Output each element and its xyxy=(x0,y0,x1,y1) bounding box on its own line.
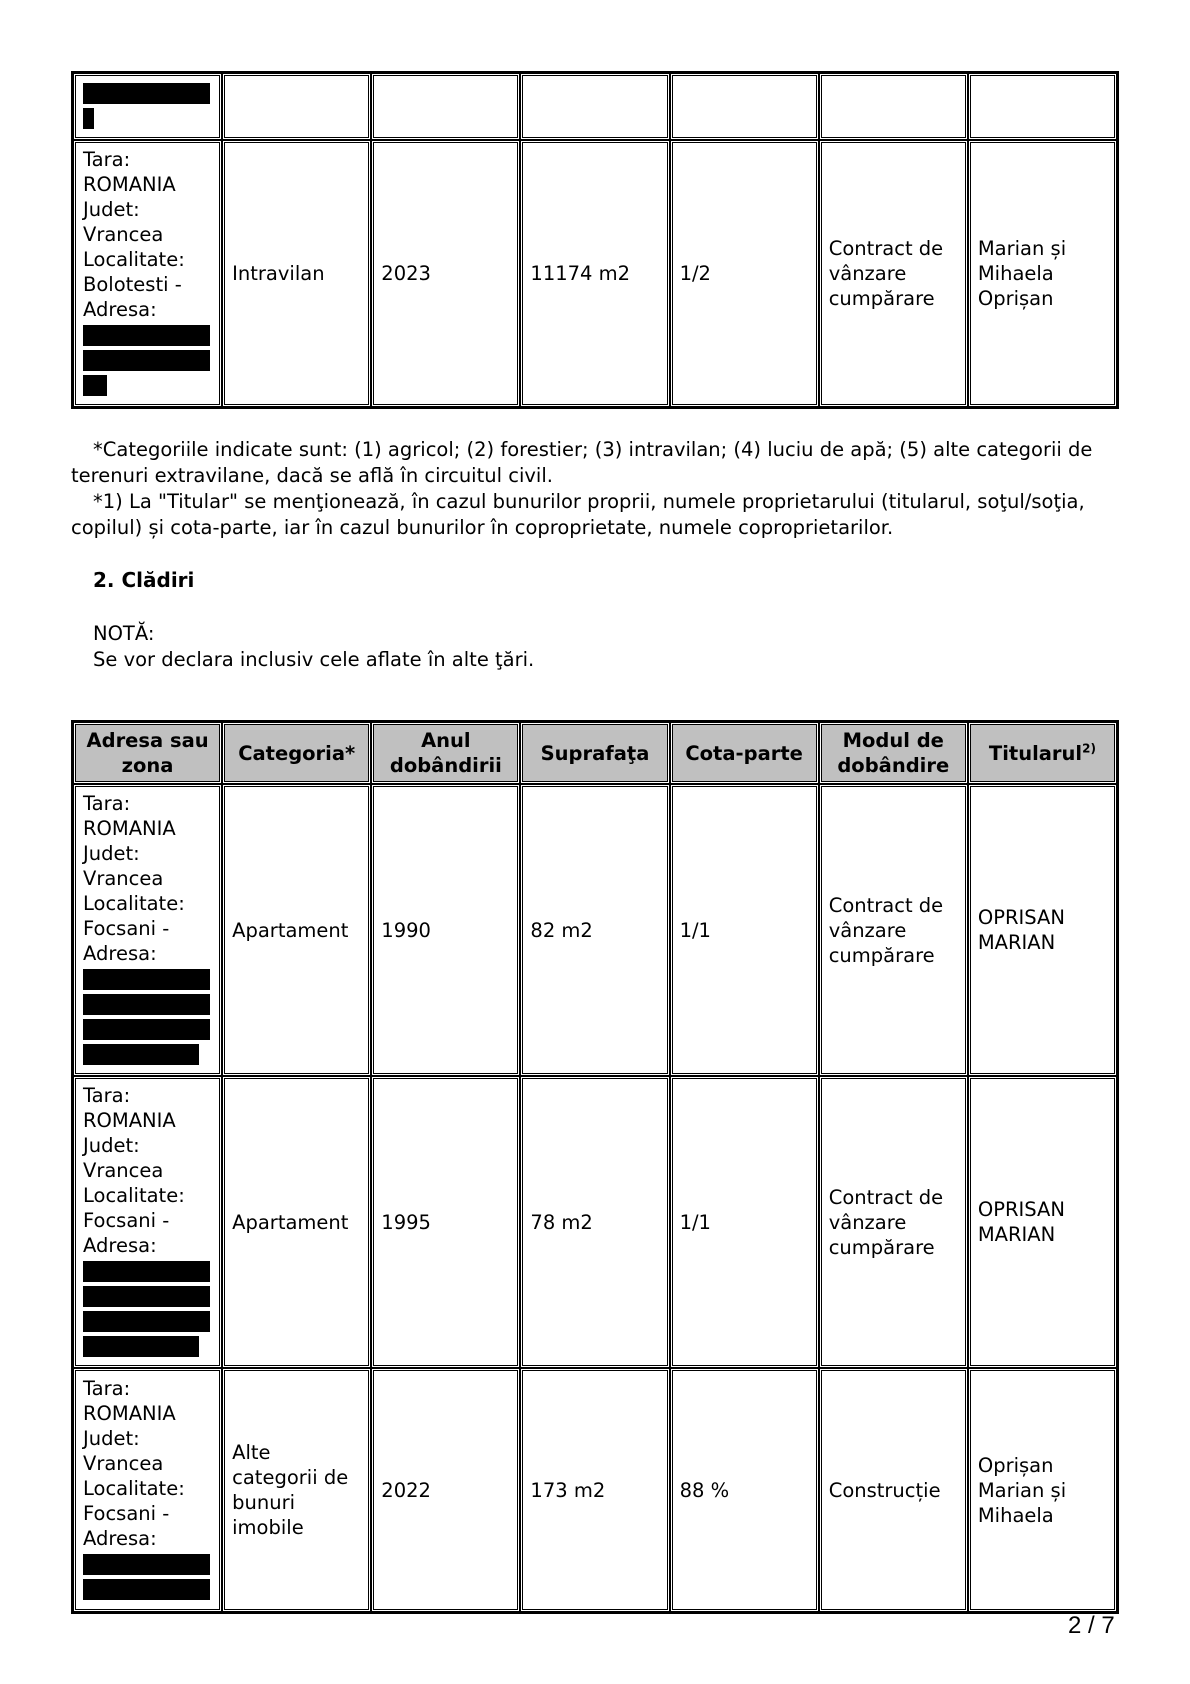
year-cell: 2023 xyxy=(371,140,520,407)
column-header-category: Categoria* xyxy=(222,722,371,784)
share-cell: 1/1 xyxy=(670,784,819,1076)
acquisition-mode-cell: Contract de vânzare cumpărare xyxy=(819,140,968,407)
year-cell: 1990 xyxy=(371,784,520,1076)
address-line: Adresa: xyxy=(83,1526,212,1551)
address-line: Judet: xyxy=(83,841,212,866)
share-cell: 1/2 xyxy=(670,140,819,407)
area-cell: 173 m2 xyxy=(520,1368,669,1612)
address-cell xyxy=(73,73,222,140)
address-line: Judet: xyxy=(83,1426,212,1451)
address-cell: Tara:ROMANIAJudet:VranceaLocalitate:Bolo… xyxy=(73,140,222,407)
category-cell: Apartament xyxy=(222,1076,371,1368)
address-line: Focsani - xyxy=(83,1208,212,1233)
redaction-bar xyxy=(83,375,107,396)
category-cell: Intravilan xyxy=(222,140,371,407)
address-line: Tara: xyxy=(83,1376,212,1401)
redaction-bar xyxy=(83,969,210,990)
redaction-bar xyxy=(83,1044,199,1065)
address-cell: Tara:ROMANIAJudet:VranceaLocalitate:Focs… xyxy=(73,1076,222,1368)
owner-cell: Oprișan Marian și Mihaela xyxy=(968,1368,1117,1612)
owner-header-label: Titularul xyxy=(989,742,1082,765)
address-line: Vrancea xyxy=(83,222,212,247)
table-row: Tara:ROMANIAJudet:VranceaLocalitate:Focs… xyxy=(73,1368,1117,1612)
column-header-address: Adresa sau zona xyxy=(73,722,222,784)
acquisition-mode-cell: Contract de vânzare cumpărare xyxy=(819,1076,968,1368)
category-cell: Apartament xyxy=(222,784,371,1076)
year-cell: 2022 xyxy=(371,1368,520,1612)
section-title: 2. Clădiri xyxy=(93,568,194,592)
page-number: 2 / 7 xyxy=(1068,1612,1115,1640)
address-line: Adresa: xyxy=(83,297,212,322)
titular-footnote: *1) La "Titular" se menţionează, în cazu… xyxy=(71,489,1121,541)
redaction-bar xyxy=(83,994,210,1015)
address-line: Localitate: xyxy=(83,1183,212,1208)
acquisition-mode-cell: Construcție xyxy=(819,1368,968,1612)
owner-cell xyxy=(968,73,1117,140)
column-header-area: Suprafaţa xyxy=(520,722,669,784)
address-line: ROMANIA xyxy=(83,172,212,197)
address-line: Localitate: xyxy=(83,247,212,272)
address-line: ROMANIA xyxy=(83,816,212,841)
column-header-share: Cota-parte xyxy=(670,722,819,784)
address-line: Adresa: xyxy=(83,941,212,966)
area-cell: 82 m2 xyxy=(520,784,669,1076)
address-line: Judet: xyxy=(83,197,212,222)
year-cell: 1995 xyxy=(371,1076,520,1368)
redaction-bar xyxy=(83,350,210,371)
year-cell xyxy=(371,73,520,140)
address-line: Vrancea xyxy=(83,866,212,891)
address-line: Focsani - xyxy=(83,1501,212,1526)
note-label: NOTĂ: xyxy=(93,622,154,645)
redaction-bar xyxy=(83,1019,210,1040)
redaction-bar xyxy=(83,83,210,104)
note-text: Se vor declara inclusiv cele aflate în a… xyxy=(93,648,534,671)
category-cell xyxy=(222,73,371,140)
redaction-bar xyxy=(83,325,210,346)
address-line: Bolotesti - xyxy=(83,272,212,297)
address-line: Judet: xyxy=(83,1133,212,1158)
address-line: ROMANIA xyxy=(83,1108,212,1133)
table-row: Tara:ROMANIAJudet:VranceaLocalitate:Focs… xyxy=(73,784,1117,1076)
address-cell: Tara:ROMANIAJudet:VranceaLocalitate:Focs… xyxy=(73,1368,222,1612)
buildings-table: Adresa sau zona Categoria* Anul dobândir… xyxy=(71,720,1119,1614)
area-cell xyxy=(520,73,669,140)
table-row: Tara:ROMANIAJudet:VranceaLocalitate:Focs… xyxy=(73,1076,1117,1368)
share-cell: 88 % xyxy=(670,1368,819,1612)
owner-cell: OPRISAN MARIAN xyxy=(968,1076,1117,1368)
owner-cell: OPRISAN MARIAN xyxy=(968,784,1117,1076)
address-line: Tara: xyxy=(83,147,212,172)
land-table: Tara:ROMANIAJudet:VranceaLocalitate:Bolo… xyxy=(71,71,1119,409)
address-line: Vrancea xyxy=(83,1158,212,1183)
redaction-bar xyxy=(83,108,94,129)
column-header-acquisition-mode: Modul de dobândire xyxy=(819,722,968,784)
column-header-owner: Titularul2) xyxy=(968,722,1117,784)
footnotes: *Categoriile indicate sunt: (1) agricol;… xyxy=(71,437,1121,541)
acquisition-mode-cell: Contract de vânzare cumpărare xyxy=(819,784,968,1076)
address-line: ROMANIA xyxy=(83,1401,212,1426)
category-cell: Alte categorii de bunuri imobile xyxy=(222,1368,371,1612)
redaction-bar xyxy=(83,1336,199,1357)
share-cell: 1/1 xyxy=(670,1076,819,1368)
owner-cell: Marian și Mihaela Oprișan xyxy=(968,140,1117,407)
owner-header-footnote-ref: 2) xyxy=(1082,741,1096,755)
table-row xyxy=(73,73,1117,140)
table-header-row: Adresa sau zona Categoria* Anul dobândir… xyxy=(73,722,1117,784)
redaction-bar xyxy=(83,1286,210,1307)
address-line: Tara: xyxy=(83,1083,212,1108)
address-cell: Tara:ROMANIAJudet:VranceaLocalitate:Focs… xyxy=(73,784,222,1076)
address-line: Localitate: xyxy=(83,891,212,916)
address-line: Vrancea xyxy=(83,1451,212,1476)
area-cell: 11174 m2 xyxy=(520,140,669,407)
address-line: Adresa: xyxy=(83,1233,212,1258)
redaction-bar xyxy=(83,1554,210,1575)
column-header-year: Anul dobândirii xyxy=(371,722,520,784)
acquisition-mode-cell xyxy=(819,73,968,140)
redaction-bar xyxy=(83,1579,210,1600)
redaction-bar xyxy=(83,1311,210,1332)
redaction-bar xyxy=(83,1261,210,1282)
address-line: Localitate: xyxy=(83,1476,212,1501)
share-cell xyxy=(670,73,819,140)
address-line: Focsani - xyxy=(83,916,212,941)
categories-footnote: *Categoriile indicate sunt: (1) agricol;… xyxy=(71,437,1121,489)
table-row: Tara:ROMANIAJudet:VranceaLocalitate:Bolo… xyxy=(73,140,1117,407)
area-cell: 78 m2 xyxy=(520,1076,669,1368)
address-line: Tara: xyxy=(83,791,212,816)
